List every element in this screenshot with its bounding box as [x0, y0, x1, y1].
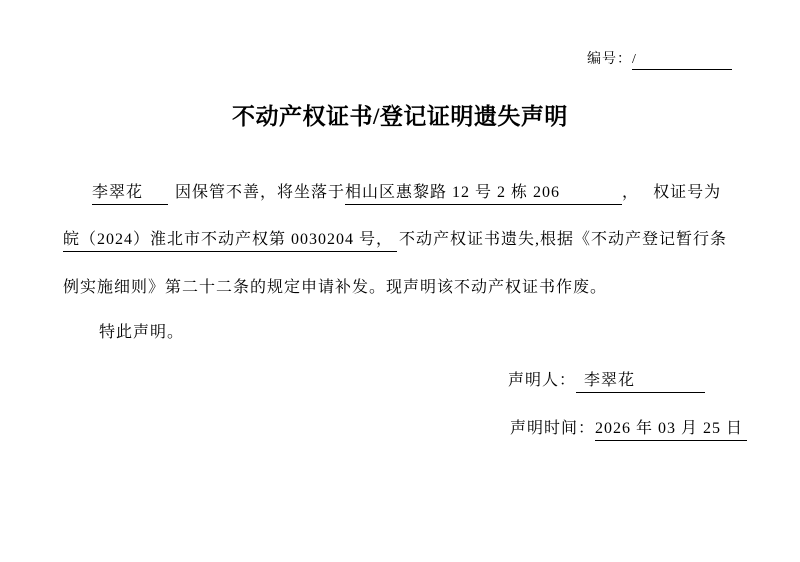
- closing-line: 特此声明。: [63, 323, 184, 343]
- page-title: 不动产权证书/登记证明遗失声明: [0, 98, 800, 131]
- reason-text: 因保管不善，将坐落于: [175, 184, 345, 201]
- declarant-name-field: 李翠花: [92, 184, 168, 205]
- date-value-field: 2026 年 03 月 25 日: [595, 420, 747, 441]
- doc-number-field: /: [632, 52, 732, 70]
- signer-label: 声明人：: [508, 372, 576, 389]
- cert-number-field: 皖（2024）淮北市不动产权第 0030204 号，: [63, 231, 397, 252]
- body-line-1: 李翠花因保管不善，将坐落于相山区惠黎路 12 号 2 栋 206，权证号为: [63, 183, 721, 203]
- lost-statement-text: 不动产权证书遗失,根据《不动产登记暂行条: [399, 231, 727, 248]
- date-label: 声明时间：: [510, 420, 595, 437]
- doc-number-label: 编号：: [587, 52, 632, 67]
- date-line: 声明时间：2026 年 03 月 25 日: [510, 419, 747, 439]
- closing-text: 特此声明。: [99, 324, 184, 341]
- comma-text: ，: [622, 184, 639, 201]
- property-address-field: 相山区惠黎路 12 号 2 栋 206: [345, 184, 622, 205]
- regulation-text: 例实施细则》第二十二条的规定申请补发。现声明该不动产权证书作废。: [63, 279, 607, 296]
- signer-name-field: 李翠花: [576, 372, 705, 393]
- cert-label-text: 权证号为: [653, 184, 721, 201]
- body-line-3: 例实施细则》第二十二条的规定申请补发。现声明该不动产权证书作废。: [63, 278, 607, 298]
- doc-number-line: 编号：/: [587, 48, 732, 70]
- body-line-2: 皖（2024）淮北市不动产权第 0030204 号，不动产权证书遗失,根据《不动…: [63, 230, 727, 250]
- document-page: 编号：/ 不动产权证书/登记证明遗失声明 李翠花因保管不善，将坐落于相山区惠黎路…: [0, 0, 800, 562]
- signer-line: 声明人：李翠花: [508, 371, 705, 391]
